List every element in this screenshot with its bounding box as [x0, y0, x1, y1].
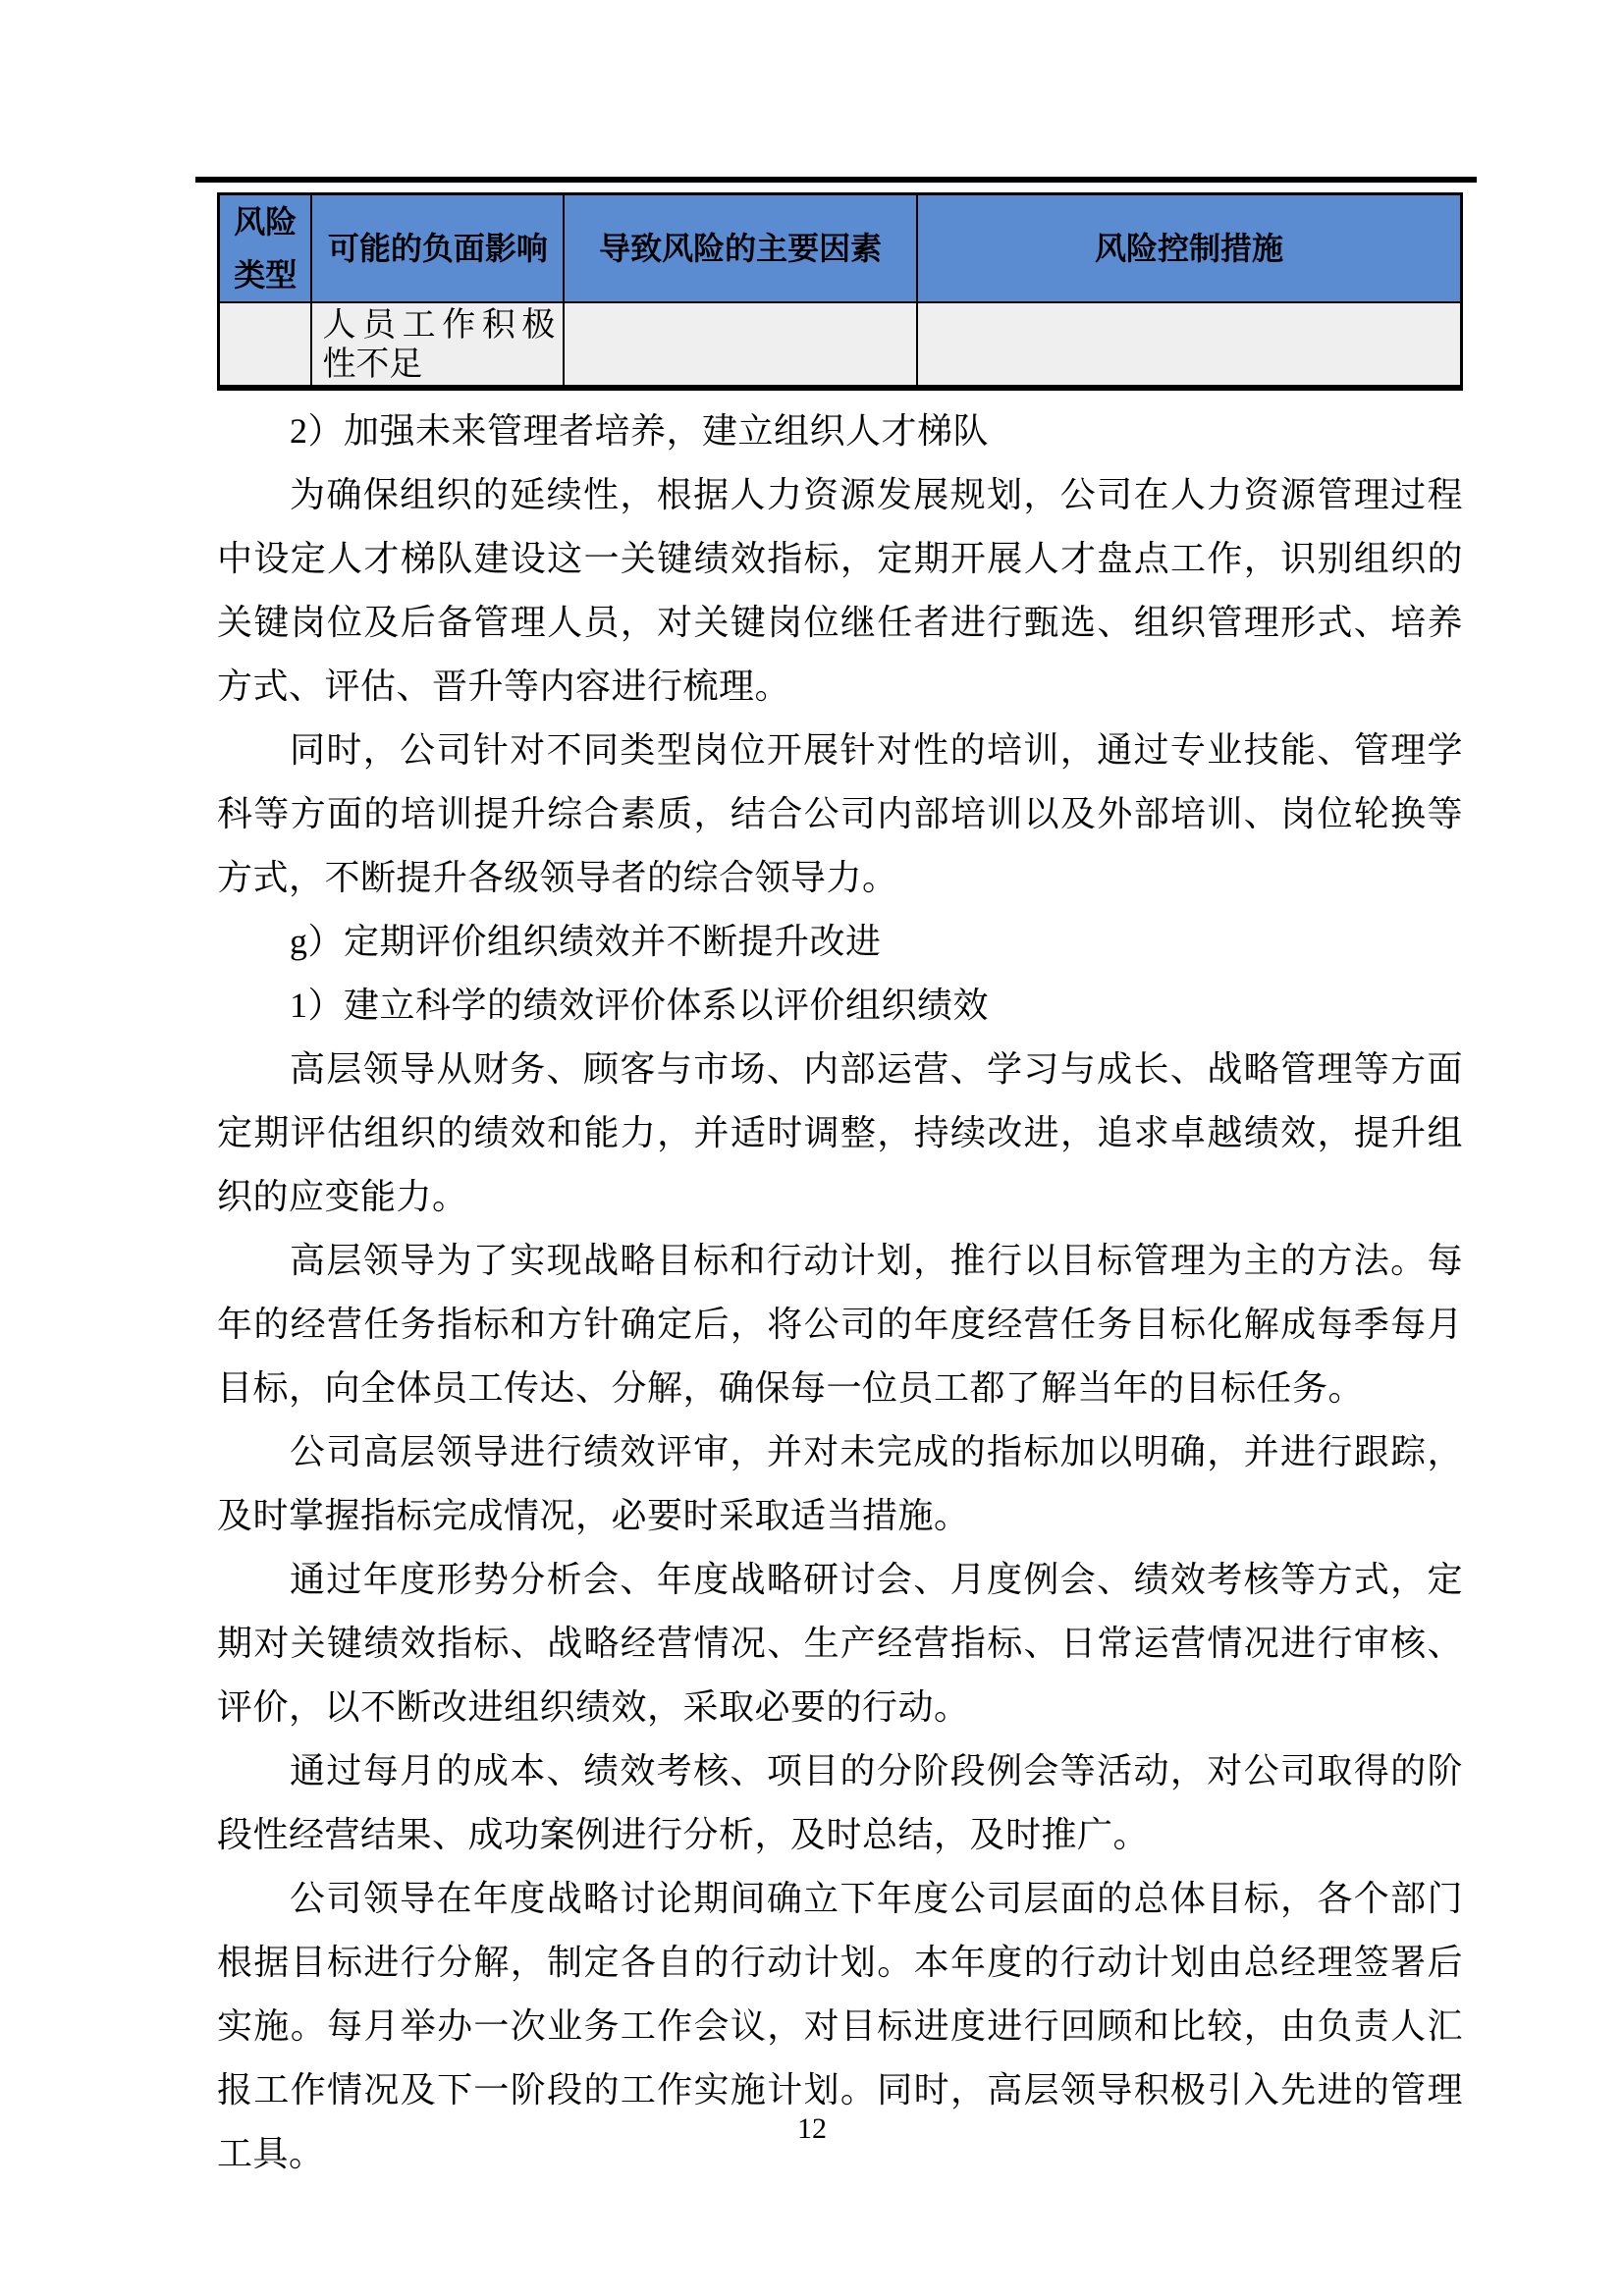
header-cell-control-measures: 风险控制措施 [917, 194, 1462, 303]
body-paragraph: 1）建立科学的绩效评价体系以评价组织绩效 [217, 974, 1463, 1038]
header-cell-negative-impact: 可能的负面影响 [311, 194, 564, 303]
body-paragraph: 通过每月的成本、绩效考核、项目的分阶段例会等活动，对公司取得的阶段性经营结果、成… [217, 1739, 1463, 1867]
body-paragraph: 为确保组织的延续性，根据人力资源发展规划，公司在人力资源管理过程中设定人才梯队建… [217, 463, 1463, 719]
header-cell-main-factors: 导致风险的主要因素 [564, 194, 917, 303]
body-paragraph: 2）加强未来管理者培养，建立组织人才梯队 [217, 400, 1463, 463]
page-header-rule [195, 177, 1477, 183]
risk-table: 风险类型 可能的负面影响 导致风险的主要因素 风险控制措施 人员工作积极性不足 [217, 192, 1463, 391]
body-paragraph: 通过年度形势分析会、年度战略研讨会、月度例会、绩效考核等方式，定期对关键绩效指标… [217, 1548, 1463, 1739]
body-paragraph: 高层领导从财务、顾客与市场、内部运营、学习与成长、战略管理等方面定期评估组织的绩… [217, 1038, 1463, 1229]
risk-table-header-row: 风险类型 可能的负面影响 导致风险的主要因素 风险控制措施 [219, 194, 1462, 303]
document-page: 风险类型 可能的负面影响 导致风险的主要因素 风险控制措施 人员工作积极性不足 … [0, 0, 1624, 2296]
body-paragraph: 公司高层领导进行绩效评审，并对未完成的指标加以明确，并进行跟踪，及时掌握指标完成… [217, 1420, 1463, 1548]
body-paragraph: 高层领导为了实现战略目标和行动计划，推行以目标管理为主的方法。每年的经营任务指标… [217, 1229, 1463, 1420]
table-row: 人员工作积极性不足 [219, 302, 1462, 388]
cell-negative-impact: 人员工作积极性不足 [311, 302, 564, 388]
page-number: 12 [0, 2112, 1624, 2146]
page-content: 风险类型 可能的负面影响 导致风险的主要因素 风险控制措施 人员工作积极性不足 … [217, 192, 1463, 2186]
risk-table-body: 人员工作积极性不足 [219, 302, 1462, 388]
cell-main-factors [564, 302, 917, 388]
header-cell-risk-type: 风险类型 [219, 194, 312, 303]
cell-control-measures [917, 302, 1462, 388]
body-text: 2）加强未来管理者培养，建立组织人才梯队 为确保组织的延续性，根据人力资源发展规… [217, 400, 1463, 2186]
risk-table-header: 风险类型 可能的负面影响 导致风险的主要因素 风险控制措施 [219, 194, 1462, 303]
cell-risk-type [219, 302, 312, 388]
body-paragraph: g）定期评价组织绩效并不断提升改进 [217, 910, 1463, 974]
body-paragraph: 同时，公司针对不同类型岗位开展针对性的培训，通过专业技能、管理学科等方面的培训提… [217, 719, 1463, 910]
